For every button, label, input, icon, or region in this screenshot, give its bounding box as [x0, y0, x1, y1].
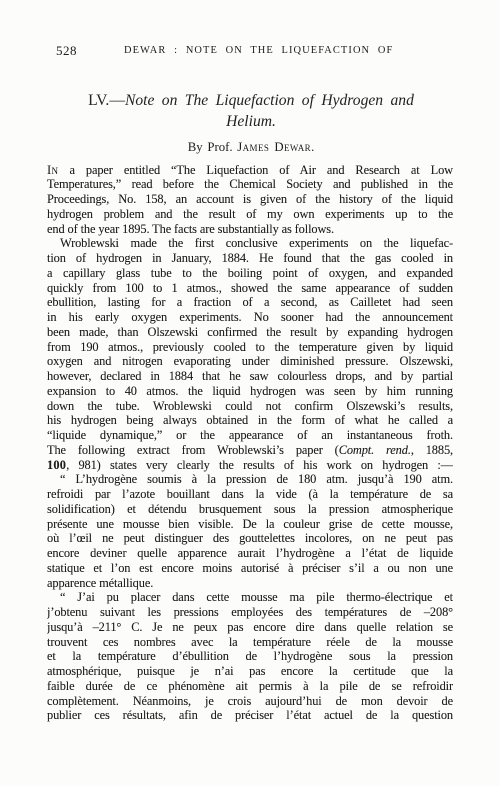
body-line: “ J’ai pu placer dans cette mousse ma pi…: [47, 590, 453, 605]
paragraph-3-quote: “ L’hydrogène soumis à la pression de 18…: [47, 472, 453, 590]
body-line: oxygen and nitrogen evaporating under di…: [47, 354, 453, 369]
body-line: been made, than Olszewski confirmed the …: [47, 325, 453, 340]
volume-number: 100: [47, 458, 66, 472]
opening-word: In: [47, 163, 58, 177]
body-line: jusqu’à –211° C. Je ne peux pas encore d…: [47, 620, 453, 635]
body-line: 100, 981) states very clearly the result…: [47, 458, 453, 473]
body-line: “liquide dynamique,” or the appearance o…: [47, 428, 453, 443]
body-line: faible durée de ce phénomène ait permis …: [47, 679, 453, 694]
body-line: présente une mousse bien visible. De la …: [47, 517, 453, 532]
running-head: DEWAR : NOTE ON THE LIQUEFACTION OF: [124, 45, 393, 56]
body-line: The following extract from Wroblewski’s …: [47, 443, 453, 458]
article-title-line1: LV.—Note on The Liquefaction of Hydrogen…: [47, 90, 455, 111]
body-line: atmosphérique, puisque je n’ai pas encor…: [47, 664, 453, 679]
body-line: a capillary glass tube to the boiling po…: [47, 266, 453, 281]
article-body: In a paper entitled “The Liquefaction of…: [47, 163, 453, 724]
body-line: in his early oxygen experiments. No soon…: [47, 310, 453, 325]
journal-page: 528 DEWAR : NOTE ON THE LIQUEFACTION OF …: [0, 0, 500, 786]
body-line: trouvent ces nombres avec la température…: [47, 635, 453, 650]
body-line: In a paper entitled “The Liquefaction of…: [47, 163, 453, 178]
paragraph-4-quote: “ J’ai pu placer dans cette mousse ma pi…: [47, 590, 453, 723]
body-line: apparence métallique.: [47, 576, 453, 591]
body-line: encore deviner quelle apparence aurait l…: [47, 546, 453, 561]
paragraph-2: Wroblewski made the first conclusive exp…: [47, 236, 453, 472]
body-line: Temperatures,” read before the Chemical …: [47, 177, 453, 192]
body-line: publier ces résultats, afin de préciser …: [47, 708, 453, 723]
page-header: 528 DEWAR : NOTE ON THE LIQUEFACTION OF: [47, 43, 455, 59]
body-line: où l’œil ne peut distinguer des gouttele…: [47, 531, 453, 546]
body-line: his hydrogen being always obtained in th…: [47, 413, 453, 428]
article-title-text: Note on The Liquefaction of Hydrogen and: [125, 92, 414, 109]
byline-suffix: .: [311, 140, 314, 154]
author-name: James Dewar: [237, 140, 311, 154]
page-number: 528: [56, 43, 77, 59]
body-line: solidification) et détendu brusquement s…: [47, 502, 453, 517]
body-line: down the tube. Wroblewski could not conf…: [47, 399, 453, 414]
body-line: j’obtenu suivant les pressions employées…: [47, 605, 453, 620]
byline: By Prof. James Dewar.: [47, 140, 455, 155]
article-number: LV.—: [88, 92, 125, 109]
body-line: quickly from 100 to 1 atmos., showed the…: [47, 281, 453, 296]
body-line: from 190 atmos., previously cooled to th…: [47, 340, 453, 355]
body-line: end of the year 1895. The facts are subs…: [47, 222, 453, 237]
article-title: LV.—Note on The Liquefaction of Hydrogen…: [47, 90, 455, 132]
body-line: however, declared in 1884 that he saw co…: [47, 369, 453, 384]
body-line: complètement. Néanmoins, je crois aujour…: [47, 694, 453, 709]
body-line: Proceedings, No. 158, an account is give…: [47, 192, 453, 207]
body-line: et la température d’ébullition de l’hydr…: [47, 649, 453, 664]
body-line: Wroblewski made the first conclusive exp…: [47, 236, 453, 251]
body-line: statique et l’on est encore moins autori…: [47, 561, 453, 576]
body-line: refroidi par l’azote bouillant dans la v…: [47, 487, 453, 502]
body-line: tion of hydrogen in January, 1884. He fo…: [47, 251, 453, 266]
body-line: expansion to 40 atmos. the liquid hydrog…: [47, 384, 453, 399]
journal-citation: Compt. rend.: [339, 443, 411, 457]
body-line: hydrogen problem and the result of my ow…: [47, 207, 453, 222]
article-title-line2: Helium.: [47, 111, 455, 132]
paragraph-1: In a paper entitled “The Liquefaction of…: [47, 163, 453, 237]
body-line: “ L’hydrogène soumis à la pression de 18…: [47, 472, 453, 487]
byline-prefix: By Prof.: [188, 140, 238, 154]
body-line: ebullition, lasting for a fraction of a …: [47, 295, 453, 310]
